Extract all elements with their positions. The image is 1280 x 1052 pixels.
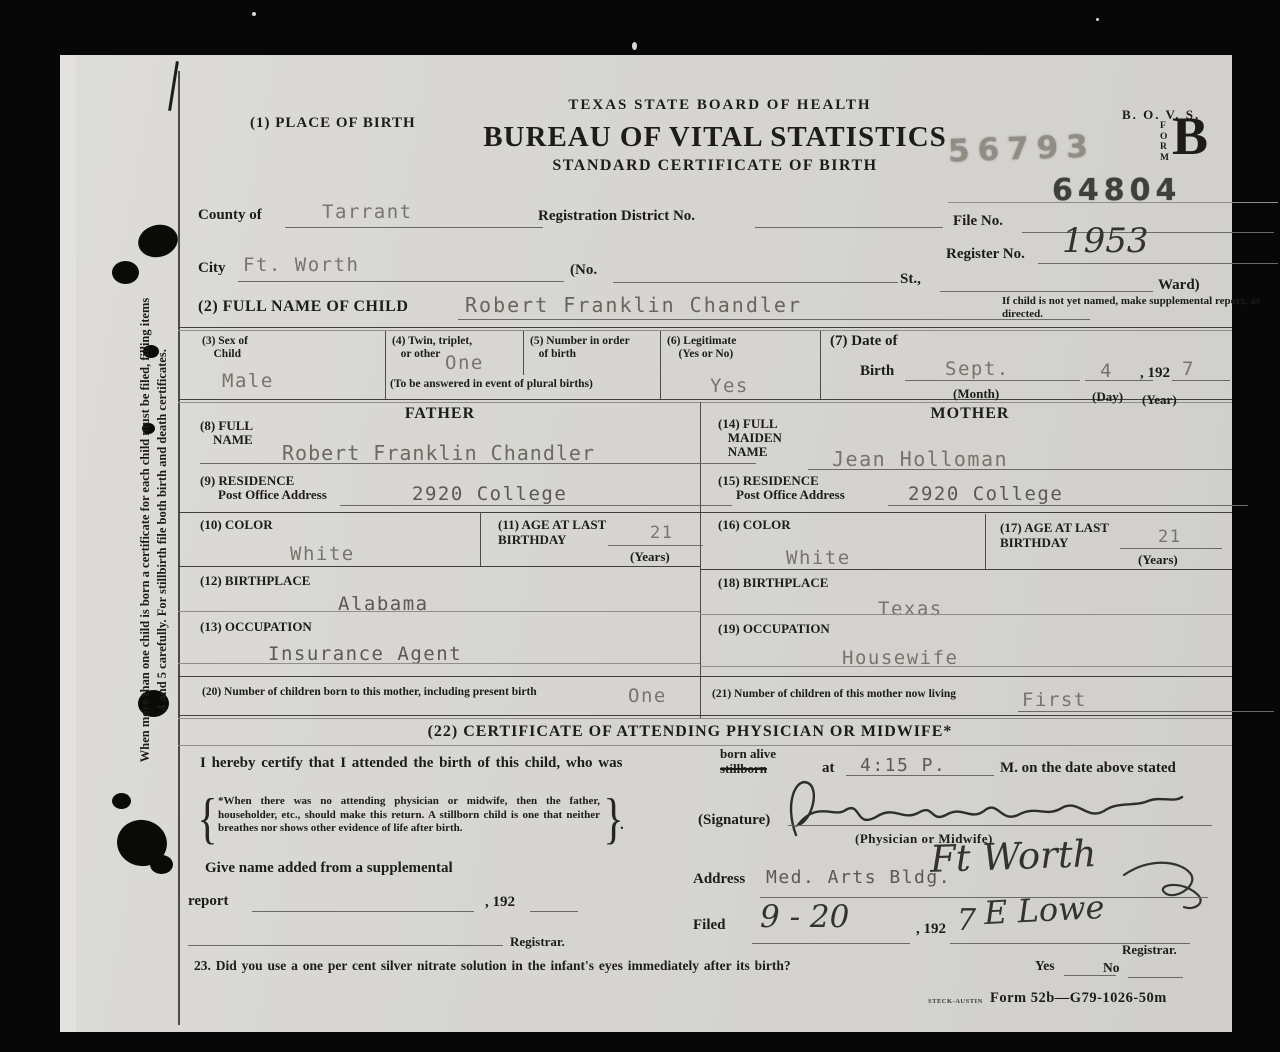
address-label: Address: [693, 871, 745, 888]
children-born-value: One: [628, 685, 667, 707]
street-label: St.,: [900, 271, 921, 288]
city-value: Ft. Worth: [243, 254, 359, 276]
sex-of-child-value: Male: [222, 370, 274, 392]
mother-residence-sublabel: Post Office Address: [736, 487, 845, 503]
report-year-prefix: , 192: [485, 894, 515, 911]
pen-mark: [168, 61, 178, 111]
twin-triplet-value: One: [445, 352, 484, 374]
county-label: County of: [198, 207, 262, 224]
not-named-note: If child is not yet named, make suppleme…: [1002, 295, 1280, 321]
county-value: Tarrant: [322, 201, 413, 223]
father-full-name-value: Robert Franklin Chandler: [282, 441, 595, 465]
address-typed-value: Med. Arts Bldg.: [766, 867, 951, 888]
full-name-of-child-label: (2) FULL NAME OF CHILD: [198, 298, 408, 316]
children-born-label: (20) Number of children born to this mot…: [202, 686, 537, 699]
mother-age-label: (17) AGE AT LAST BIRTHDAY: [1000, 520, 1130, 550]
mother-birthplace-label: (18) BIRTHPLACE: [718, 575, 828, 591]
filed-date-value: 9 - 20: [760, 899, 849, 935]
mother-years-caption: (Years): [1138, 552, 1178, 568]
sex-of-child-label: (3) Sex of Child: [202, 335, 248, 361]
footnote-brace-period: .: [620, 817, 624, 834]
certify-statement: I hereby certify that I attended the bir…: [200, 755, 622, 772]
footnote-brace-left: {: [197, 791, 217, 847]
full-name-of-child-value: Robert Franklin Chandler: [465, 293, 802, 317]
physician-certificate-title: (22) CERTIFICATE OF ATTENDING PHYSICIAN …: [390, 723, 990, 741]
registration-district-label: Registration District No.: [538, 208, 695, 225]
birth-year-value: 7: [1182, 358, 1195, 380]
ward-label: Ward): [1158, 277, 1200, 294]
father-color-label: (10) COLOR: [200, 517, 273, 533]
mother-age-value: 21: [1158, 527, 1181, 547]
yes-word: Yes: [1035, 958, 1055, 974]
mother-maiden-name-value: Jean Holloman: [832, 447, 1008, 471]
form-b-letter: B: [1172, 105, 1208, 167]
mother-color-label: (16) COLOR: [718, 517, 791, 533]
form-number: Form 52b—G79-1026-50m: [990, 990, 1167, 1007]
mother-occupation-label: (19) OCCUPATION: [718, 621, 830, 637]
margin-instruction: When more than one child is born a certi…: [137, 140, 173, 920]
signature-label: (Signature): [698, 812, 770, 829]
address-flourish: [1120, 855, 1210, 915]
filed-year-value: 7: [957, 903, 976, 938]
silver-nitrate-question: 23. Did you use a one per cent silver ni…: [194, 958, 791, 974]
place-of-birth-label: (1) PLACE OF BIRTH: [250, 115, 416, 132]
register-no-value: 1953: [1062, 221, 1149, 261]
father-age-label: (11) AGE AT LAST BIRTHDAY: [498, 517, 618, 547]
certificate-paper: When more than one child is born a certi…: [60, 55, 1232, 1032]
legitimate-label: (6) Legitimate (Yes or No): [667, 335, 736, 361]
mother-section-header: MOTHER: [880, 405, 1060, 423]
father-residence-sublabel: Post Office Address: [218, 487, 327, 503]
father-full-name-label: (8) FULL NAME: [200, 419, 253, 447]
birth-month-value: Sept.: [945, 358, 1010, 380]
filed-year-prefix: , 192: [916, 921, 946, 938]
mother-color-value: White: [786, 547, 851, 569]
registrar-signature: E Lowe: [983, 888, 1105, 932]
scan-speck: [632, 42, 637, 50]
birth-day-value: 4: [1100, 360, 1113, 382]
mother-birthplace-value: Texas: [878, 598, 943, 620]
born-alive-option: born alive: [720, 746, 776, 762]
father-residence-value: 2920 College: [412, 483, 567, 505]
margin-instruction-line2: 4 and 5 carefully. For stillbirth file b…: [154, 140, 171, 920]
father-age-value: 21: [650, 523, 673, 543]
father-section-header: FATHER: [350, 405, 530, 423]
children-living-value: First: [1022, 689, 1087, 711]
margin-instruction-line1: When more than one child is born a certi…: [137, 140, 154, 920]
birth-word: Birth: [860, 363, 894, 380]
month-caption: (Month): [953, 386, 999, 402]
filed-label: Filed: [693, 917, 726, 934]
punch-hole: [112, 793, 131, 809]
mother-maiden-name-label: (14) FULL MAIDEN NAME: [718, 417, 782, 459]
stillborn-footnote: *When there was no attending physician o…: [218, 795, 600, 836]
year-caption: (Year): [1142, 392, 1177, 408]
board-title: TEXAS STATE BOARD OF HEALTH: [500, 97, 940, 114]
father-birthplace-label: (12) BIRTHPLACE: [200, 573, 310, 589]
street-no-label: (No.: [570, 262, 597, 279]
scan-speck: [1096, 18, 1099, 21]
plural-births-note: (To be answered in event of plural birth…: [390, 378, 662, 391]
registrar-caption-right: Registrar.: [1122, 942, 1177, 958]
registrar-caption-left: Registrar.: [510, 934, 565, 950]
report-word: report: [188, 893, 229, 910]
number-in-order-label: (5) Number in order of birth: [530, 335, 630, 361]
scanned-birth-certificate: When more than one child is born a certi…: [0, 0, 1280, 1052]
form-left-border: [178, 71, 180, 1025]
register-no-label: Register No.: [946, 246, 1025, 263]
printer-imprint: STECK-AUSTIN: [928, 998, 983, 1005]
father-occupation-value: Insurance Agent: [268, 643, 462, 665]
form-word-vertical: FORM: [1160, 121, 1172, 163]
legitimate-value: Yes: [710, 375, 749, 397]
file-no-label: File No.: [953, 213, 1003, 230]
stillborn-option-struck: stillborn: [720, 761, 767, 777]
scan-speck: [252, 12, 256, 16]
punch-hole: [112, 261, 139, 284]
stamp-number-light: 56793: [947, 128, 1096, 169]
mother-residence-value: 2920 College: [908, 483, 1063, 505]
father-years-caption: (Years): [630, 549, 670, 565]
no-word: No: [1103, 960, 1120, 976]
address-script-value: Ft Worth: [929, 832, 1097, 881]
day-caption: (Day): [1092, 389, 1123, 405]
father-occupation-label: (13) OCCUPATION: [200, 619, 312, 635]
supplemental-name-text: Give name added from a supplemental: [205, 860, 453, 877]
children-living-label: (21) Number of children of this mother n…: [712, 688, 956, 701]
bureau-title: BUREAU OF VITAL STATISTICS: [455, 121, 975, 154]
paper-edge: [60, 55, 76, 1032]
city-label: City: [198, 260, 226, 277]
date-of-label: (7) Date of: [830, 333, 897, 350]
standard-title: STANDARD CERTIFICATE OF BIRTH: [515, 157, 915, 175]
father-color-value: White: [290, 543, 355, 565]
year-prefix: , 192: [1140, 365, 1170, 382]
